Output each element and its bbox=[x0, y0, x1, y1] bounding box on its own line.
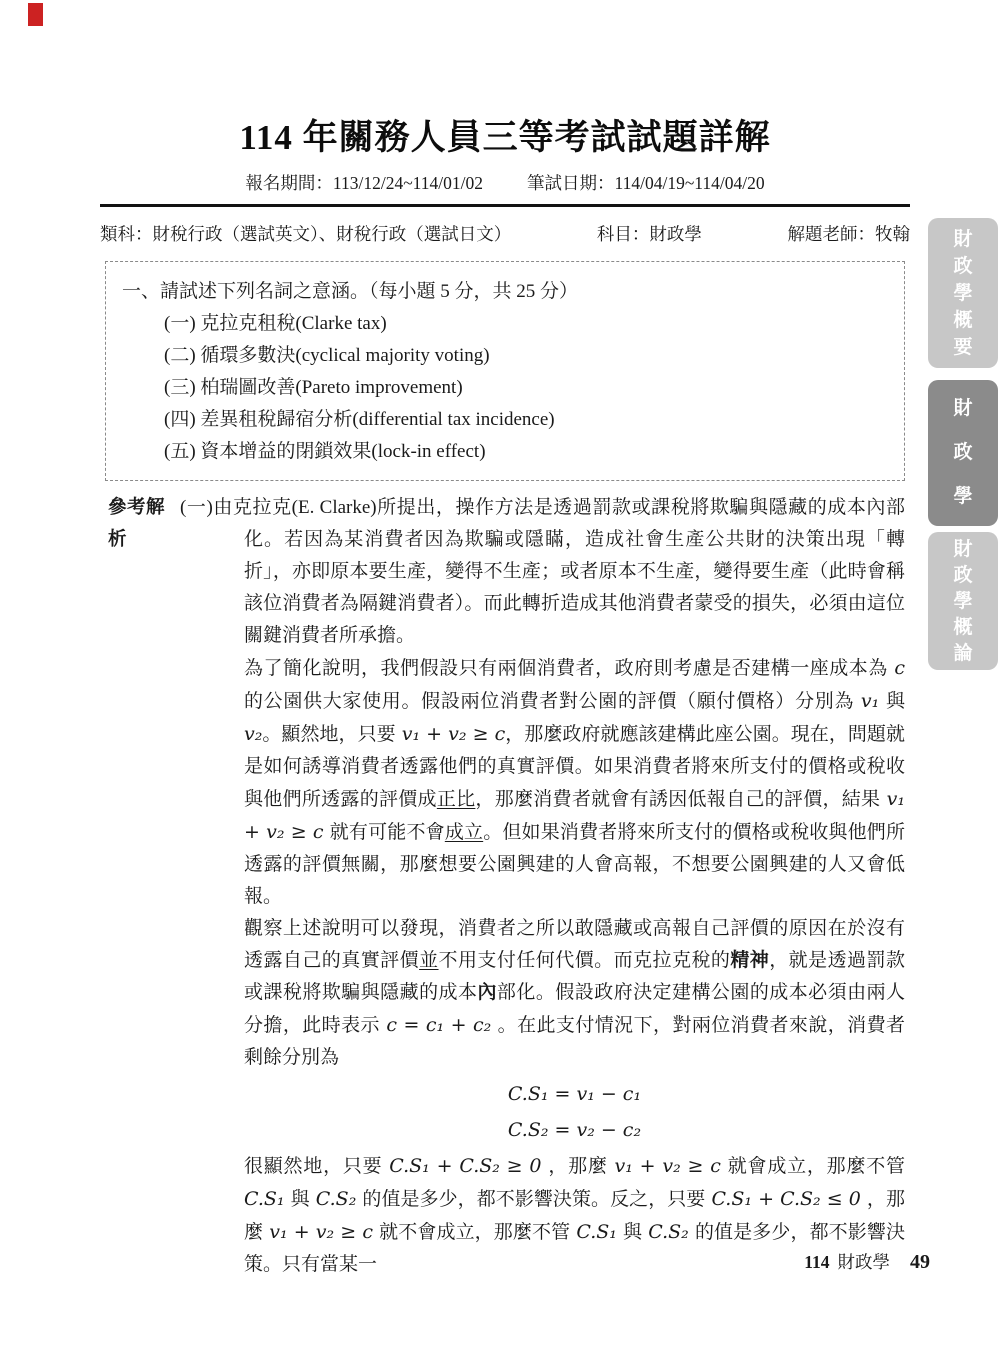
question-item-2: (二) 循環多數決(cyclical majority voting) bbox=[164, 340, 888, 372]
formula-block: C.S₁ = v₁ − c₁ C.S₂ = v₂ − c₂ bbox=[244, 1074, 905, 1150]
formula-cs2: C.S₂ = v₂ − c₂ bbox=[244, 1112, 905, 1148]
formula-cs1: C.S₁ = v₁ − c₁ bbox=[244, 1076, 905, 1112]
header-divider bbox=[100, 204, 910, 207]
footer-subject: 財政學 bbox=[838, 1249, 891, 1274]
exam-meta-row: 類科：財稅行政（選試英文）、財稅行政（選試日文） 科目：財政學 解題老師：牧翰 bbox=[100, 221, 910, 246]
registration-period: 報名期間：113/12/24~114/01/02 bbox=[245, 170, 483, 195]
exam-dates-row: 報名期間：113/12/24~114/01/02 筆試日期：114/04/19~… bbox=[100, 170, 910, 195]
analysis-paragraph-2: 為了簡化說明，我們假設只有兩個消費者，政府則考慮是否建構一座成本為 c 的公園供… bbox=[244, 652, 905, 913]
side-tab-public-finance-intro: 財政學概論 bbox=[928, 532, 998, 670]
footer-page-number: 49 bbox=[910, 1251, 930, 1274]
page-footer: 114 財政學 49 bbox=[804, 1249, 930, 1274]
side-tab-label: 財政學概論 bbox=[952, 532, 974, 667]
question-heading: 一、請試述下列名詞之意涵。（每小題 5 分，共 25 分） bbox=[122, 276, 888, 308]
analysis-label: 參考解析 bbox=[108, 492, 180, 1281]
question-box: 一、請試述下列名詞之意涵。（每小題 5 分，共 25 分） (一) 克拉克租稅(… bbox=[105, 261, 905, 481]
question-item-1: (一) 克拉克租稅(Clarke tax) bbox=[164, 308, 888, 340]
side-tab-public-finance-active: 財政學 bbox=[928, 380, 998, 526]
exam-category: 類科：財稅行政（選試英文）、財稅行政（選試日文） bbox=[100, 221, 511, 246]
question-item-4: (四) 差異租稅歸宿分析(differential tax incidence) bbox=[164, 404, 888, 436]
analysis-paragraph-3: 觀察上述說明可以發現，消費者之所以敢隱藏或高報自己評價的原因在於沒有透露自己的真… bbox=[244, 913, 905, 1074]
exam-solver: 解題老師：牧翰 bbox=[788, 221, 911, 246]
side-tab-label: 財政學概要 bbox=[952, 218, 974, 361]
question-item-5: (五) 資本增益的閉鎖效果(lock-in effect) bbox=[164, 436, 888, 468]
side-tab-public-finance-summary: 財政學概要 bbox=[928, 218, 998, 368]
side-tab-label: 財政學 bbox=[952, 380, 974, 519]
page-title: 114 年關務人員三等考試試題詳解 bbox=[100, 110, 910, 160]
page-content: 114 年關務人員三等考試試題詳解 報名期間：113/12/24~114/01/… bbox=[100, 0, 910, 1281]
exam-subject: 科目：財政學 bbox=[597, 221, 702, 246]
analysis-body: (一)由克拉克(E. Clarke)所提出，操作方法是透過罰款或課稅將欺騙與隱藏… bbox=[180, 492, 905, 1281]
analysis-paragraph-1: (一)由克拉克(E. Clarke)所提出，操作方法是透過罰款或課稅將欺騙與隱藏… bbox=[244, 492, 905, 652]
question-item-3: (三) 柏瑞圖改善(Pareto improvement) bbox=[164, 372, 888, 404]
analysis-section: 參考解析 (一)由克拉克(E. Clarke)所提出，操作方法是透過罰款或課稅將… bbox=[100, 492, 910, 1281]
written-exam-date: 筆試日期：114/04/19~114/04/20 bbox=[527, 170, 765, 195]
footer-year: 114 bbox=[804, 1252, 829, 1273]
page-corner-mark bbox=[28, 3, 43, 26]
